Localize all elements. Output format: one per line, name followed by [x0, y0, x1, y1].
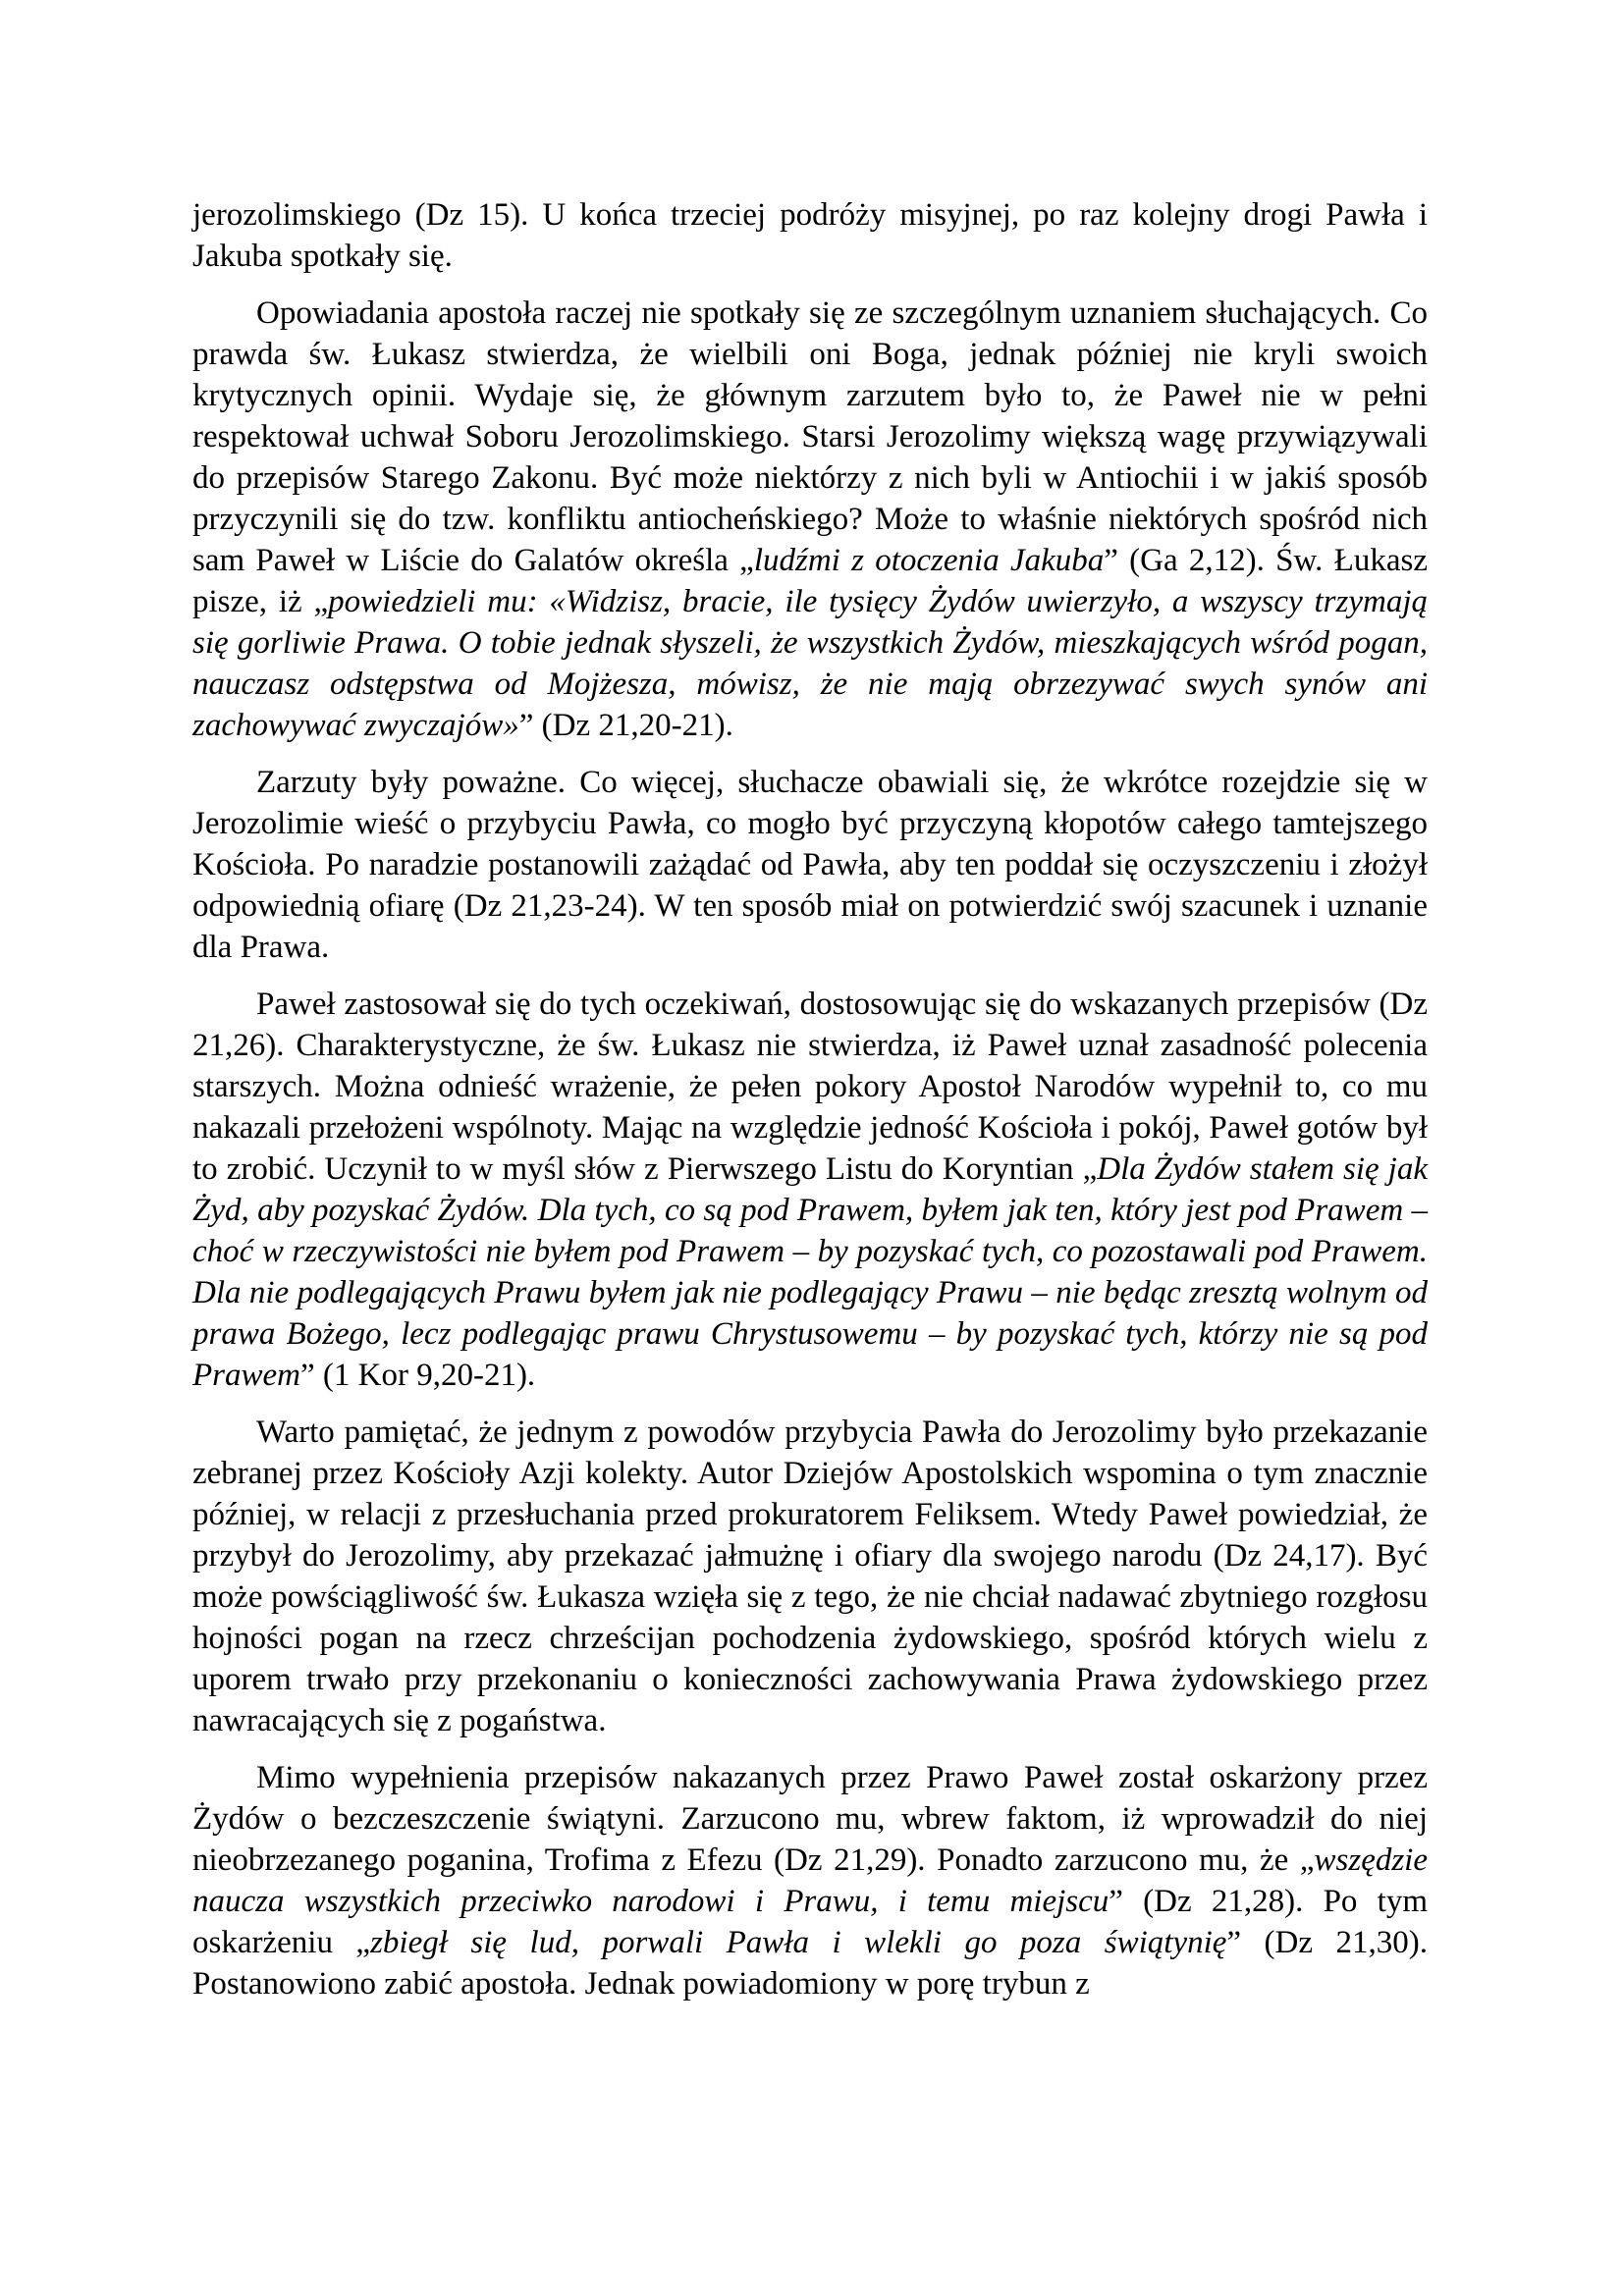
quote-run: zbiegł się lud, porwali Pawła i wlekli g… — [370, 1925, 1226, 1960]
text-run: Opowiadania apostoła raczej nie spotkały… — [192, 295, 1428, 578]
paragraph-3: Zarzuty były poważne. Co więcej, słuchac… — [192, 762, 1428, 968]
paragraph-6: Mimo wypełnienia przepisów nakazanych pr… — [192, 1757, 1428, 2004]
paragraph-2: Opowiadania apostoła raczej nie spotkały… — [192, 293, 1428, 746]
paragraph-4: Paweł zastosował się do tych oczekiwań, … — [192, 984, 1428, 1396]
text-run: Warto pamiętać, że jednym z powodów przy… — [192, 1415, 1428, 1738]
text-run: ” (1 Kor 9,20-21). — [300, 1358, 535, 1393]
quote-run: powiedzieli mu: «Widzisz, bracie, ile ty… — [192, 584, 1428, 743]
document-page: jerozolimskiego (Dz 15). U końca trzecie… — [0, 0, 1623, 2296]
paragraph-5: Warto pamiętać, że jednym z powodów przy… — [192, 1412, 1428, 1741]
text-run: jerozolimskiego (Dz 15). U końca trzecie… — [192, 197, 1428, 274]
quote-run: ludźmi z otoczenia Jakuba — [754, 543, 1104, 578]
text-run: ” (Dz 21,20-21). — [519, 708, 733, 743]
paragraph-1: jerozolimskiego (Dz 15). U końca trzecie… — [192, 194, 1428, 277]
text-run: Zarzuty były poważne. Co więcej, słuchac… — [192, 765, 1428, 965]
text-run: Mimo wypełnienia przepisów nakazanych pr… — [192, 1760, 1428, 1878]
